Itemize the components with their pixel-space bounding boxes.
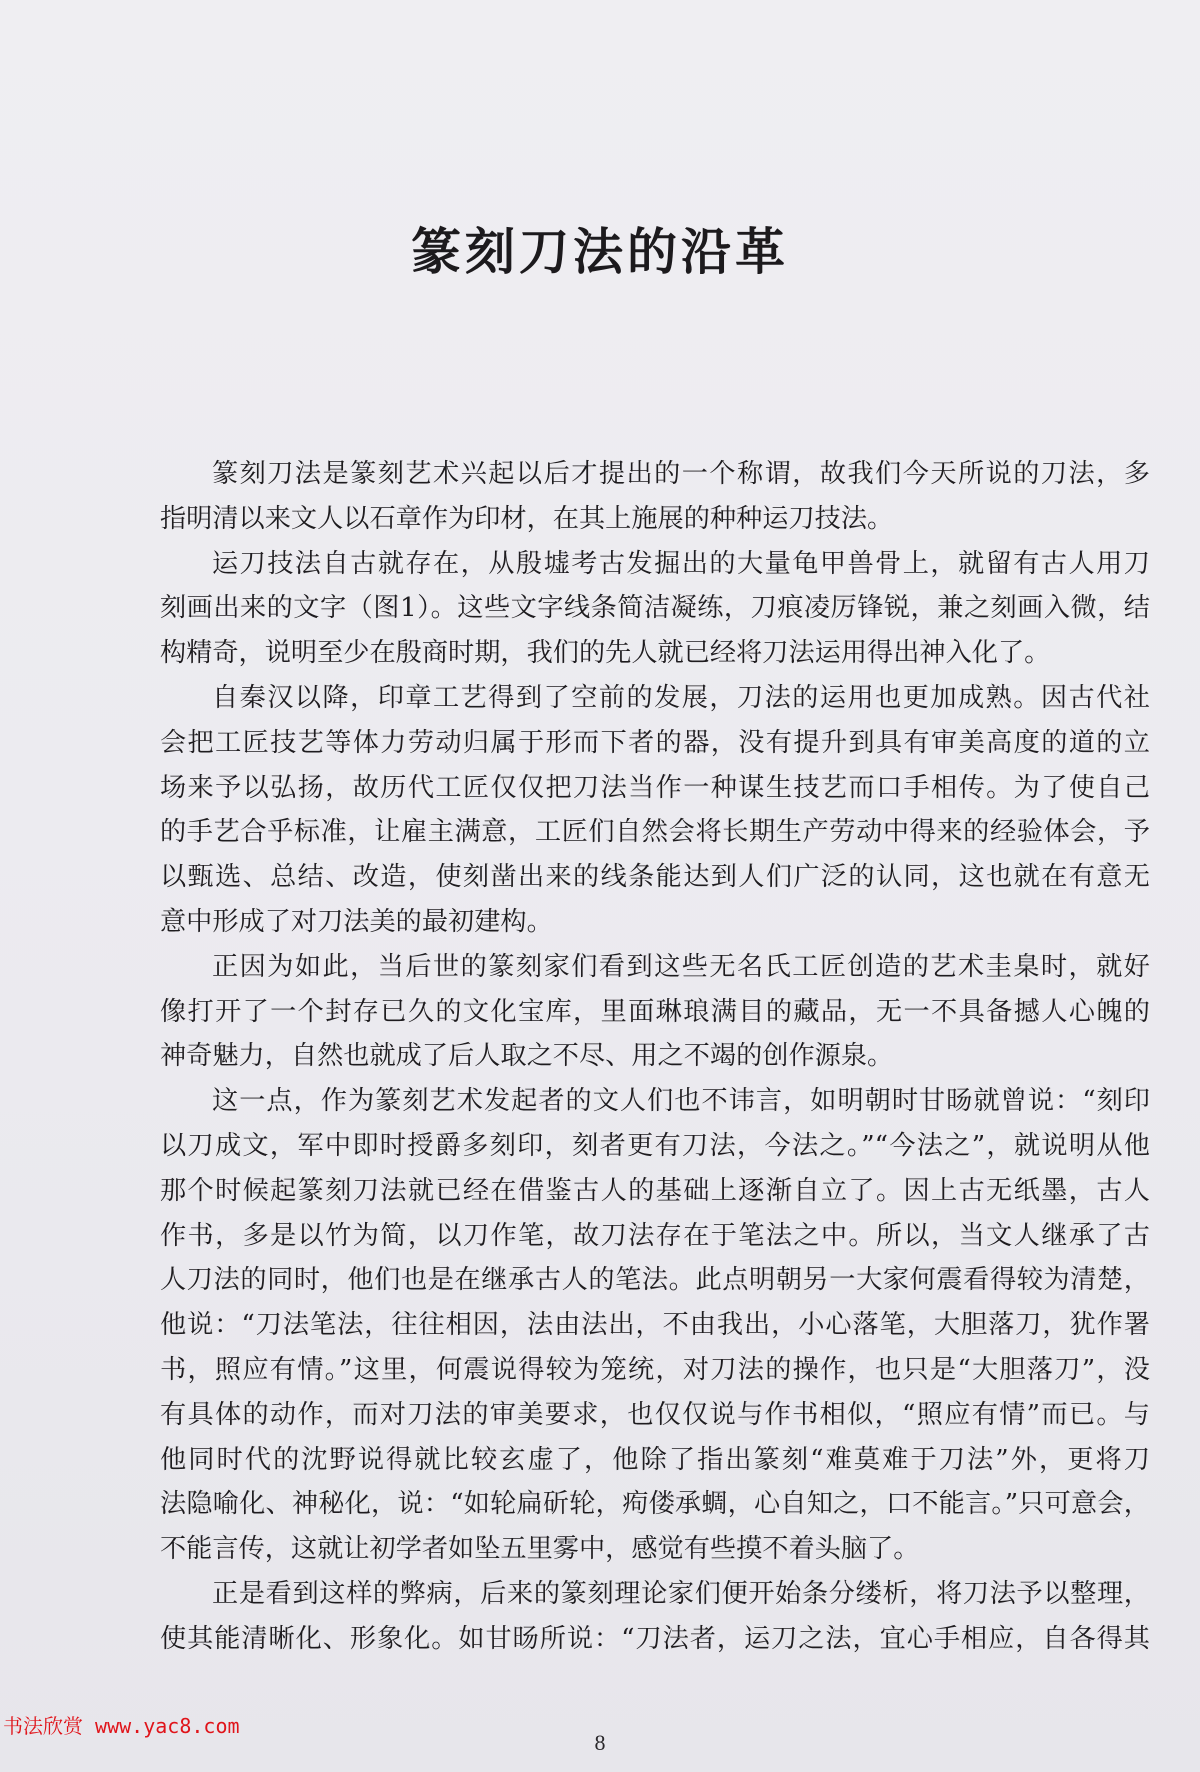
text-line: 神奇魅力，自然也就成了后人取之不尽、用之不竭的创作源泉。 — [160, 1034, 1150, 1079]
text-line: 作书，多是以竹为简，以刀作笔，故刀法存在于笔法之中。所以，当文人继承了古 — [160, 1214, 1150, 1259]
text-line: 有具体的动作，而对刀法的审美要求，也仅仅说与作书相似，“照应有情”而已。与 — [160, 1393, 1150, 1438]
text-line: 篆刻刀法是篆刻艺术兴起以后才提出的一个称谓，故我们今天所说的刀法，多 — [160, 452, 1150, 497]
text-line: 以刀成文，军中即时授爵多刻印，刻者更有刀法，今法之。”“今法之”，就说明从他 — [160, 1124, 1150, 1169]
book-page: 篆刻刀法的沿革 篆刻刀法是篆刻艺术兴起以后才提出的一个称谓，故我们今天所说的刀法… — [0, 0, 1200, 1772]
text-line: 运刀技法自古就存在，从殷墟考古发掘出的大量龟甲兽骨上，就留有古人用刀 — [160, 542, 1150, 587]
text-line: 会把工匠技艺等体力劳动归属于形而下者的器，没有提升到具有审美高度的道的立 — [160, 721, 1150, 766]
text-line: 他说：“刀法笔法，往往相因，法由法出，不由我出，小心落笔，大胆落刀，犹作署 — [160, 1303, 1150, 1348]
text-line: 构精奇，说明至少在殷商时期，我们的先人就已经将刀法运用得出神入化了。 — [160, 631, 1150, 676]
text-line: 指明清以来文人以石章作为印材，在其上施展的种种运刀技法。 — [160, 497, 1150, 542]
text-line: 的手艺合乎标准，让雇主满意，工匠们自然会将长期生产劳动中得来的经验体会，予 — [160, 810, 1150, 855]
text-line: 正因为如此，当后世的篆刻家们看到这些无名氏工匠创造的艺术圭臬时，就好 — [160, 945, 1150, 990]
text-line: 那个时候起篆刻刀法就已经在借鉴古人的基础上逐渐自立了。因上古无纸墨，古人 — [160, 1169, 1150, 1214]
text-line: 这一点，作为篆刻艺术发起者的文人们也不讳言，如明朝时甘旸就曾说：“刻印 — [160, 1079, 1150, 1124]
chapter-title: 篆刻刀法的沿革 — [0, 212, 1200, 284]
text-line: 使其能清晰化、形象化。如甘旸所说：“刀法者，运刀之法，宜心手相应，自各得其 — [160, 1617, 1150, 1662]
text-line: 法隐喻化、神秘化，说：“如轮扁斫轮，痀偻承蜩，心自知之，口不能言。”只可意会， — [160, 1482, 1150, 1527]
text-line: 正是看到这样的弊病，后来的篆刻理论家们便开始条分缕析，将刀法予以整理， — [160, 1572, 1150, 1617]
text-line: 不能言传，这就让初学者如坠五里雾中，感觉有些摸不着头脑了。 — [160, 1527, 1150, 1572]
page-number: 8 — [0, 1730, 1200, 1756]
text-line: 自秦汉以降，印章工艺得到了空前的发展，刀法的运用也更加成熟。因古代社 — [160, 676, 1150, 721]
text-line: 他同时代的沈野说得就比较玄虚了，他除了指出篆刻“难莫难于刀法”外，更将刀 — [160, 1438, 1150, 1483]
body-text: 篆刻刀法是篆刻艺术兴起以后才提出的一个称谓，故我们今天所说的刀法，多 指明清以来… — [160, 452, 1150, 1662]
text-line: 意中形成了对刀法美的最初建构。 — [160, 900, 1150, 945]
text-line: 以甄选、总结、改造，使刻凿出来的线条能达到人们广泛的认同，这也就在有意无 — [160, 855, 1150, 900]
text-line: 像打开了一个封存已久的文化宝库，里面琳琅满目的藏品，无一不具备撼人心魄的 — [160, 990, 1150, 1035]
text-line: 刻画出来的文字（图1）。这些文字线条简洁凝练，刀痕凌厉锋锐，兼之刻画入微，结 — [160, 586, 1150, 631]
text-line: 人刀法的同时，他们也是在继承古人的笔法。此点明朝另一大家何震看得较为清楚， — [160, 1258, 1150, 1303]
text-line: 场来予以弘扬，故历代工匠仅仅把刀法当作一种谋生技艺而口手相传。为了使自己 — [160, 766, 1150, 811]
text-line: 书，照应有情。”这里，何震说得较为笼统，对刀法的操作，也只是“大胆落刀”，没 — [160, 1348, 1150, 1393]
